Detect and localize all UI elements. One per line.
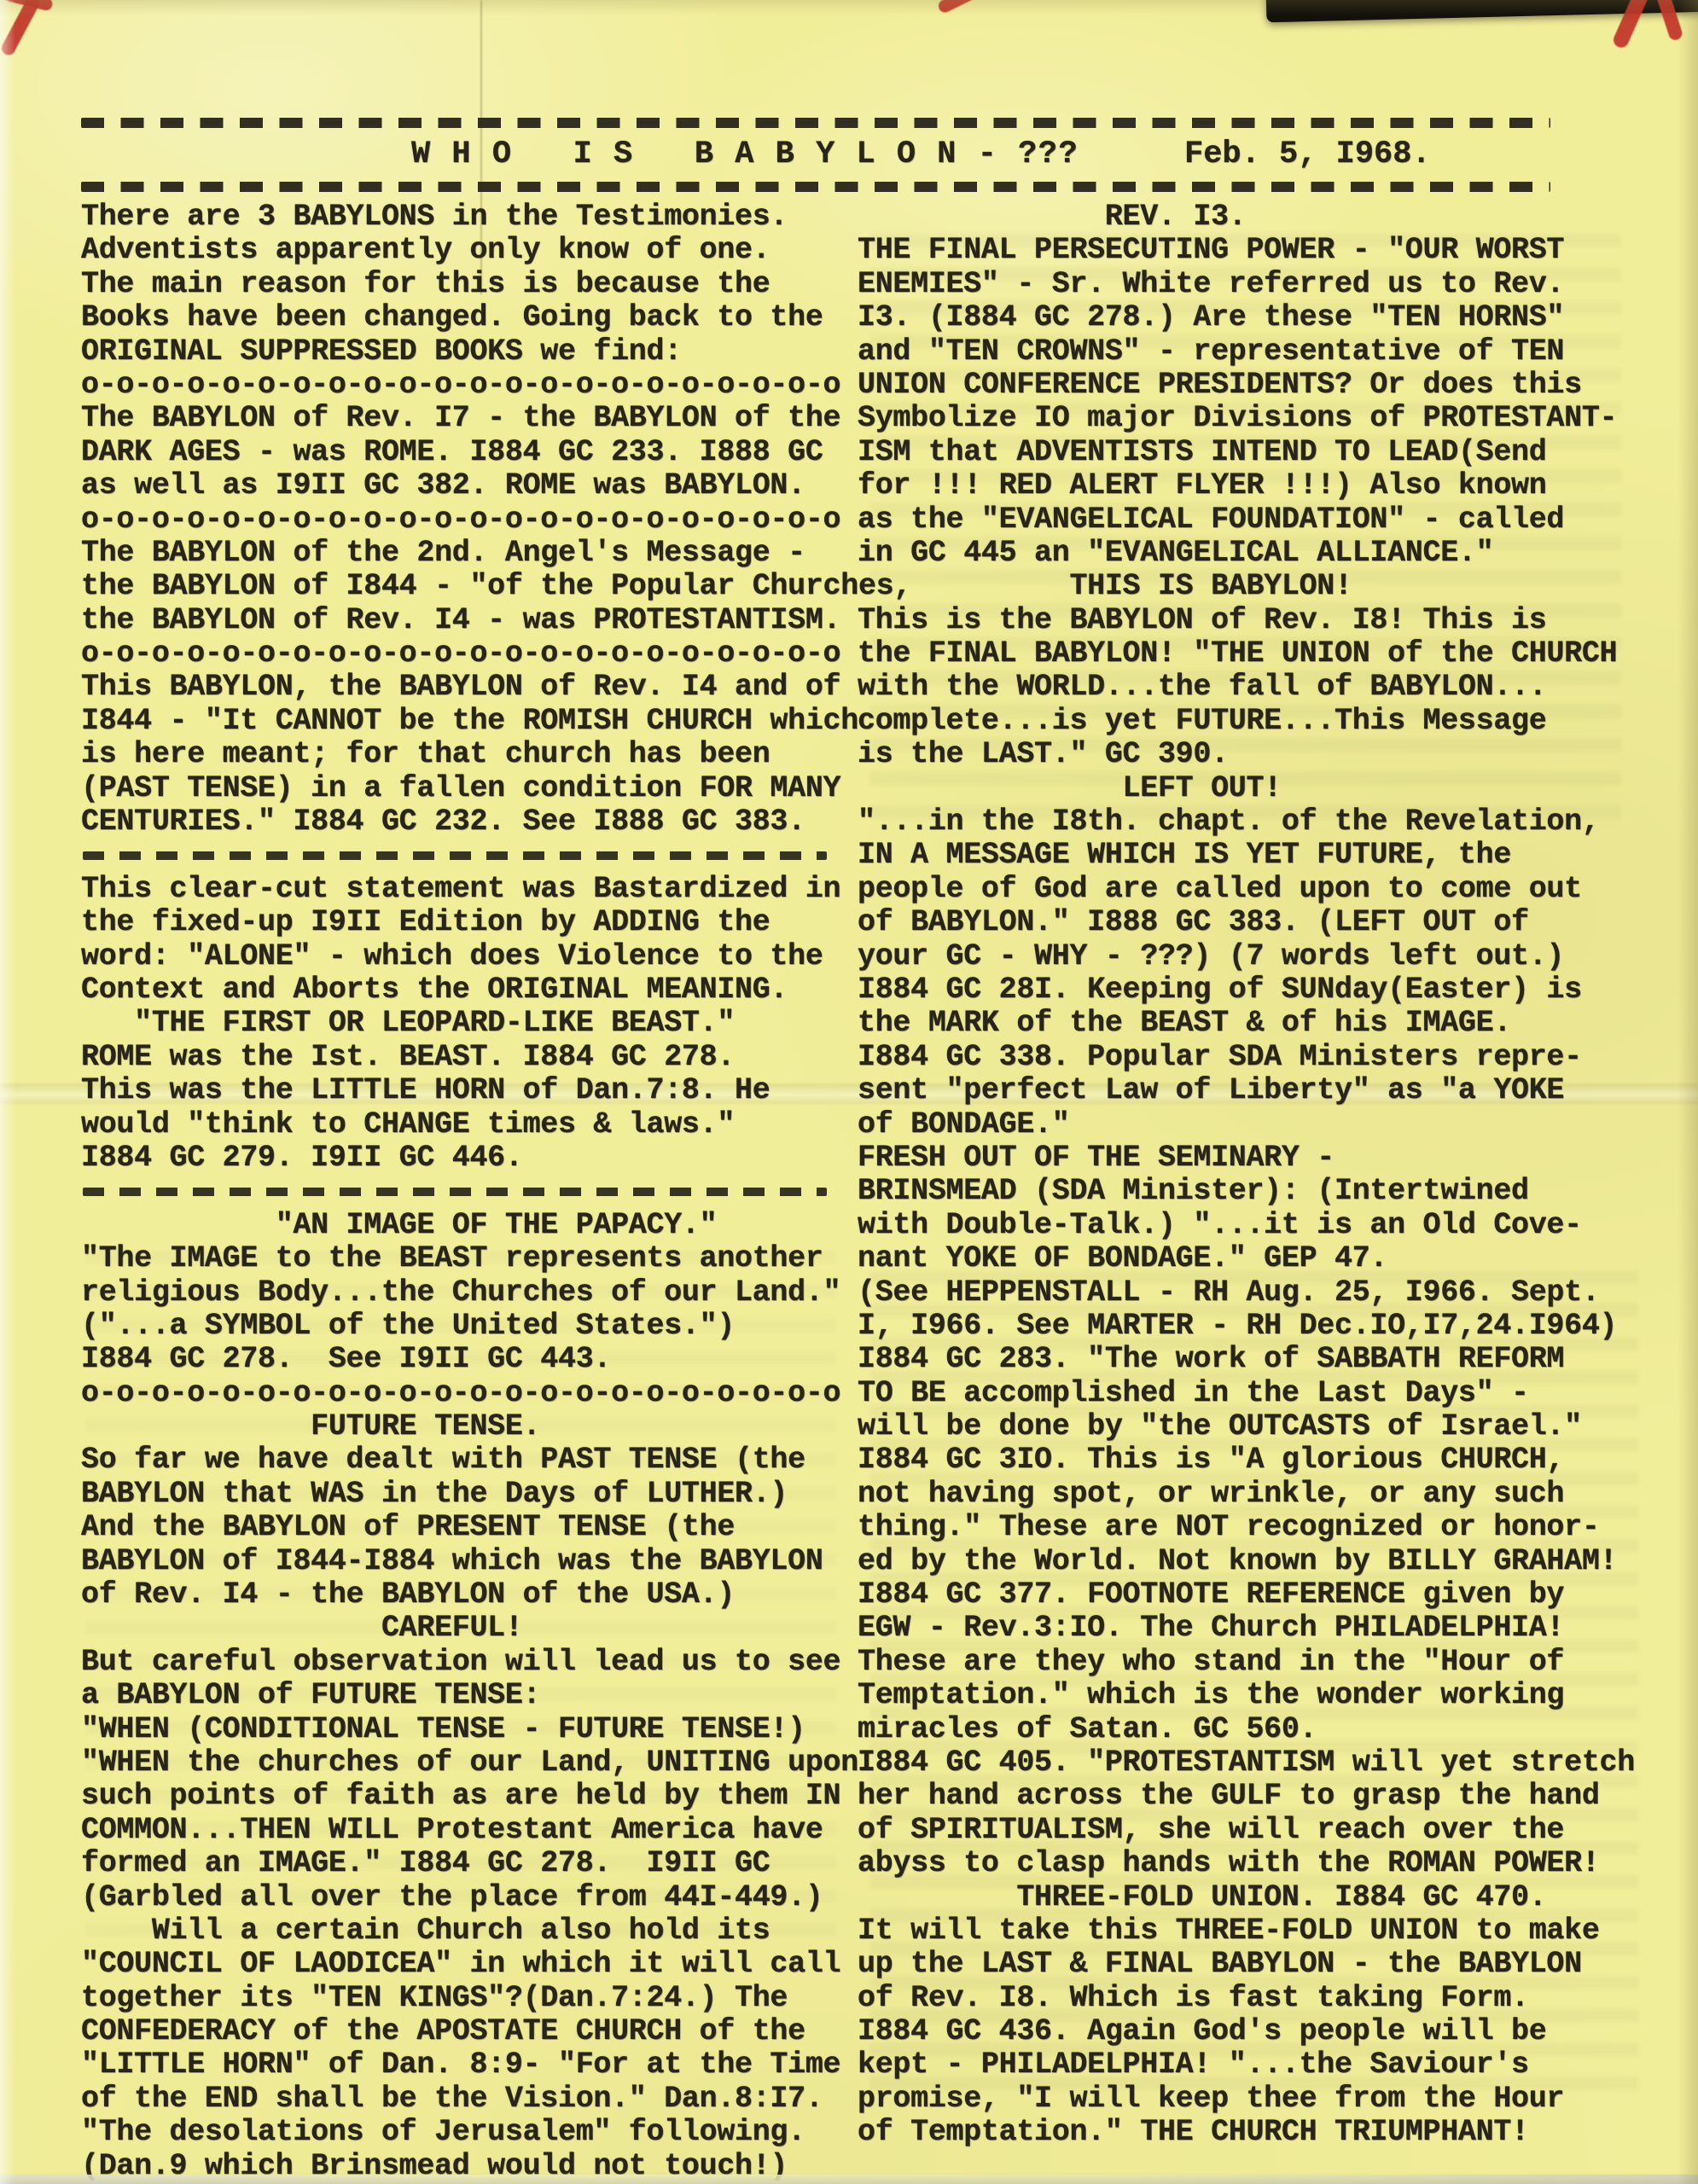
text-line: THREE-FOLD UNION. I884 GC 470. <box>858 1881 1655 1914</box>
text-line: BABYLON of I844-I884 which was the BABYL… <box>81 1545 866 1578</box>
text-line: as well as I9II GC 382. ROME was BABYLON… <box>81 469 866 502</box>
o-divider: o-o-o-o-o-o-o-o-o-o-o-o-o-o-o-o-o-o-o-o-… <box>81 1377 866 1410</box>
o-divider: o-o-o-o-o-o-o-o-o-o-o-o-o-o-o-o-o-o-o-o-… <box>81 637 866 671</box>
text-line: UNION CONFERENCE PRESIDENTS? Or does thi… <box>858 369 1655 402</box>
text-line: EGW - Rev.3:IO. The Church PHILADELPHIA! <box>858 1612 1655 1645</box>
text-line: "WHEN (CONDITIONAL TENSE - FUTURE TENSE!… <box>81 1713 866 1746</box>
text-line: the FINAL BABYLON! "THE UNION of the CHU… <box>858 637 1655 671</box>
left-column: There are 3 BABYLONS in the Testimonies.… <box>81 200 866 2183</box>
dashed-divider-top <box>81 118 1550 128</box>
text-line: "The desolations of Jerusalem" following… <box>81 2116 866 2149</box>
document-page: W H O I S B A B Y L O N - ??? Feb. 5, I9… <box>0 0 1698 2184</box>
dash-divider <box>81 839 866 872</box>
dashed-divider-under-title <box>81 182 1550 192</box>
scan-bottom-edge <box>0 2175 1698 2184</box>
page-date: Feb. 5, I968. <box>1184 136 1431 172</box>
text-line: ENEMIES" - Sr. White referred us to Rev. <box>858 268 1655 301</box>
text-line: These are they who stand in the "Hour of <box>858 1646 1655 1679</box>
text-line: COMMON...THEN WILL Protestant America ha… <box>81 1814 866 1847</box>
page-title: W H O I S B A B Y L O N - ??? <box>411 136 1079 172</box>
text-line: together its "TEN KINGS"?(Dan.7:24.) The <box>81 1982 866 2015</box>
text-line: kept - PHILADELPHIA! "...the Saviour's <box>858 2048 1655 2082</box>
text-line: I884 GC 3IO. This is "A glorious CHURCH, <box>858 1443 1655 1477</box>
text-line: This BABYLON, the BABYLON of Rev. I4 and… <box>81 671 866 704</box>
text-line: The BABYLON of the 2nd. Angel's Message … <box>81 537 866 570</box>
text-line: ROME was the Ist. BEAST. I884 GC 278. <box>81 1041 866 1074</box>
text-line: IN A MESSAGE WHICH IS YET FUTURE, the <box>858 839 1655 872</box>
text-line: thing." These are NOT recognized or hono… <box>858 1511 1655 1544</box>
text-line: FRESH OUT OF THE SEMINARY - <box>858 1141 1655 1175</box>
text-line: would "think to CHANGE times & laws." <box>81 1108 866 1141</box>
text-line: the BABYLON of Rev. I4 - was PROTESTANTI… <box>81 604 866 637</box>
text-line: of Temptation." THE CHURCH TRIUMPHANT! <box>858 2116 1655 2149</box>
text-line: I884 GC 377. FOOTNOTE REFERENCE given by <box>858 1578 1655 1612</box>
text-line: ISM that ADVENTISTS INTEND TO LEAD(Send <box>858 436 1655 469</box>
dash-divider <box>81 1175 866 1208</box>
text-line: (Garbled all over the place from 44I-449… <box>81 1881 866 1914</box>
text-line: I884 GC 28I. Keeping of SUNday(Easter) i… <box>858 973 1655 1007</box>
text-line: I844 - "It CANNOT be the ROMISH CHURCH w… <box>81 705 866 738</box>
text-line: "THE FIRST OR LEOPARD-LIKE BEAST." <box>81 1007 866 1040</box>
text-line: up the LAST & FINAL BABYLON - the BABYLO… <box>858 1948 1655 1981</box>
text-line: of SPIRITUALISM, she will reach over the <box>858 1814 1655 1847</box>
red-ink-mark <box>936 0 983 15</box>
text-line: is here meant; for that church has been <box>81 738 866 771</box>
text-line: of BONDAGE." <box>858 1108 1655 1141</box>
text-line: Context and Aborts the ORIGINAL MEANING. <box>81 973 866 1007</box>
right-column: REV. I3.THE FINAL PERSECUTING POWER - "O… <box>858 200 1655 2150</box>
text-line: and "TEN CROWNS" - representative of TEN <box>858 335 1655 369</box>
text-line: "WHEN the churches of our Land, UNITING … <box>81 1746 866 1780</box>
text-line: And the BABYLON of PRESENT TENSE (the <box>81 1511 866 1544</box>
text-line: THE FINAL PERSECUTING POWER - "OUR WORST <box>858 234 1655 267</box>
text-line: religious Body...the Churches of our Lan… <box>81 1276 866 1310</box>
text-line: It will take this THREE-FOLD UNION to ma… <box>858 1914 1655 1948</box>
text-line: for !!! RED ALERT FLYER !!!) Also known <box>858 469 1655 502</box>
text-line: as the "EVANGELICAL FOUNDATION" - called <box>858 503 1655 537</box>
text-line: This is the BABYLON of Rev. I8! This is <box>858 604 1655 637</box>
text-line: not having spot, or wrinkle, or any such <box>858 1478 1655 1511</box>
text-line: Will a certain Church also hold its <box>81 1914 866 1948</box>
text-line: formed an IMAGE." I884 GC 278. I9II GC <box>81 1847 866 1880</box>
text-line: I, I966. See MARTER - RH Dec.IO,I7,24.I9… <box>858 1310 1655 1343</box>
text-line: with Double-Talk.) "...it is an Old Cove… <box>858 1209 1655 1242</box>
text-line: CENTURIES." I884 GC 232. See I888 GC 383… <box>81 805 866 839</box>
text-line: word: "ALONE" - which does Violence to t… <box>81 940 866 973</box>
text-line: promise, "I will keep thee from the Hour <box>858 2082 1655 2116</box>
text-line: nant YOKE OF BONDAGE." GEP 47. <box>858 1242 1655 1275</box>
text-line: The BABYLON of Rev. I7 - the BABYLON of … <box>81 402 866 435</box>
o-divider: o-o-o-o-o-o-o-o-o-o-o-o-o-o-o-o-o-o-o-o-… <box>81 369 866 402</box>
text-line: "...in the I8th. chapt. of the Revelatio… <box>858 805 1655 839</box>
text-line: "The IMAGE to the BEAST represents anoth… <box>81 1242 866 1275</box>
text-line: BABYLON that WAS in the Days of LUTHER.) <box>81 1478 866 1511</box>
text-line: Symbolize IO major Divisions of PROTESTA… <box>858 402 1655 435</box>
text-line: her hand across the GULF to grasp the ha… <box>858 1780 1655 1813</box>
text-line: of BABYLON." I888 GC 383. (LEFT OUT of <box>858 906 1655 939</box>
text-line: ORIGINAL SUPPRESSED BOOKS we find: <box>81 335 866 369</box>
text-line: But careful observation will lead us to … <box>81 1646 866 1679</box>
text-line: I884 GC 278. See I9II GC 443. <box>81 1343 866 1376</box>
text-line: I884 GC 283. "The work of SABBATH REFORM <box>858 1343 1655 1376</box>
text-line: ed by the World. Not known by BILLY GRAH… <box>858 1545 1655 1578</box>
text-line: THIS IS BABYLON! <box>858 570 1655 603</box>
text-line: LEFT OUT! <box>858 772 1655 805</box>
text-line: people of God are called upon to come ou… <box>858 873 1655 906</box>
text-line: is the LAST." GC 390. <box>858 738 1655 771</box>
text-line: such points of faith as are held by them… <box>81 1780 866 1813</box>
text-line: the fixed-up I9II Edition by ADDING the <box>81 906 866 939</box>
text-line: will be done by "the OUTCASTS of Israel.… <box>858 1410 1655 1443</box>
text-line: CAREFUL! <box>81 1612 866 1645</box>
text-line: REV. I3. <box>858 200 1655 234</box>
text-line: DARK AGES - was ROME. I884 GC 233. I888 … <box>81 436 866 469</box>
text-line: So far we have dealt with PAST TENSE (th… <box>81 1443 866 1477</box>
text-line: "LITTLE HORN" of Dan. 8:9- "For at the T… <box>81 2048 866 2082</box>
text-line: (See HEPPENSTALL - RH Aug. 25, I966. Sep… <box>858 1276 1655 1310</box>
text-line: This clear-cut statement was Bastardized… <box>81 873 866 906</box>
red-ink-mark <box>0 0 42 57</box>
text-line: miracles of Satan. GC 560. <box>858 1713 1655 1746</box>
text-line: I3. (I884 GC 278.) Are these "TEN HORNS" <box>858 301 1655 334</box>
text-line: I884 GC 436. Again God's people will be <box>858 2015 1655 2048</box>
text-line: in GC 445 an "EVANGELICAL ALLIANCE." <box>858 537 1655 570</box>
text-line: I884 GC 338. Popular SDA Ministers repre… <box>858 1041 1655 1074</box>
text-line: Temptation." which is the wonder working <box>858 1679 1655 1712</box>
text-line: FUTURE TENSE. <box>81 1410 866 1443</box>
text-line: complete...is yet FUTURE...This Message <box>858 705 1655 738</box>
text-line: There are 3 BABYLONS in the Testimonies. <box>81 200 866 234</box>
text-line: CONFEDERACY of the APOSTATE CHURCH of th… <box>81 2015 866 2048</box>
text-line: Adventists apparently only know of one. <box>81 234 866 267</box>
text-line: a BABYLON of FUTURE TENSE: <box>81 1679 866 1712</box>
text-line: I884 GC 405. "PROTESTANTISM will yet str… <box>858 1746 1655 1780</box>
text-line: your GC - WHY - ???) (7 words left out.) <box>858 940 1655 973</box>
text-line: the MARK of the BEAST & of his IMAGE. <box>858 1007 1655 1040</box>
text-line: of Rev. I4 - the BABYLON of the USA.) <box>81 1578 866 1612</box>
text-line: abyss to clasp hands with the ROMAN POWE… <box>858 1847 1655 1880</box>
text-line: (PAST TENSE) in a fallen condition FOR M… <box>81 772 866 805</box>
text-line: of the END shall be the Vision." Dan.8:I… <box>81 2082 866 2116</box>
text-line: TO BE accomplished in the Last Days" - <box>858 1377 1655 1410</box>
text-line: with the WORLD...the fall of BABYLON... <box>858 671 1655 704</box>
text-line: the BABYLON of I844 - "of the Popular Ch… <box>81 570 866 603</box>
text-line: BRINSMEAD (SDA Minister): (Intertwined <box>858 1175 1655 1208</box>
text-line: ("...a SYMBOL of the United States.") <box>81 1310 866 1343</box>
text-line: "AN IMAGE OF THE PAPACY." <box>81 1209 866 1242</box>
text-line: sent "perfect Law of Liberty" as "a YOKE <box>858 1074 1655 1107</box>
text-line: "COUNCIL OF LAODICEA" in which it will c… <box>81 1948 866 1981</box>
text-line: This was the LITTLE HORN of Dan.7:8. He <box>81 1074 866 1107</box>
text-line: The main reason for this is because the <box>81 268 866 301</box>
o-divider: o-o-o-o-o-o-o-o-o-o-o-o-o-o-o-o-o-o-o-o-… <box>81 503 866 537</box>
text-line: Books have been changed. Going back to t… <box>81 301 866 334</box>
text-line: I884 GC 279. I9II GC 446. <box>81 1141 866 1175</box>
text-line: of Rev. I8. Which is fast taking Form. <box>858 1982 1655 2015</box>
